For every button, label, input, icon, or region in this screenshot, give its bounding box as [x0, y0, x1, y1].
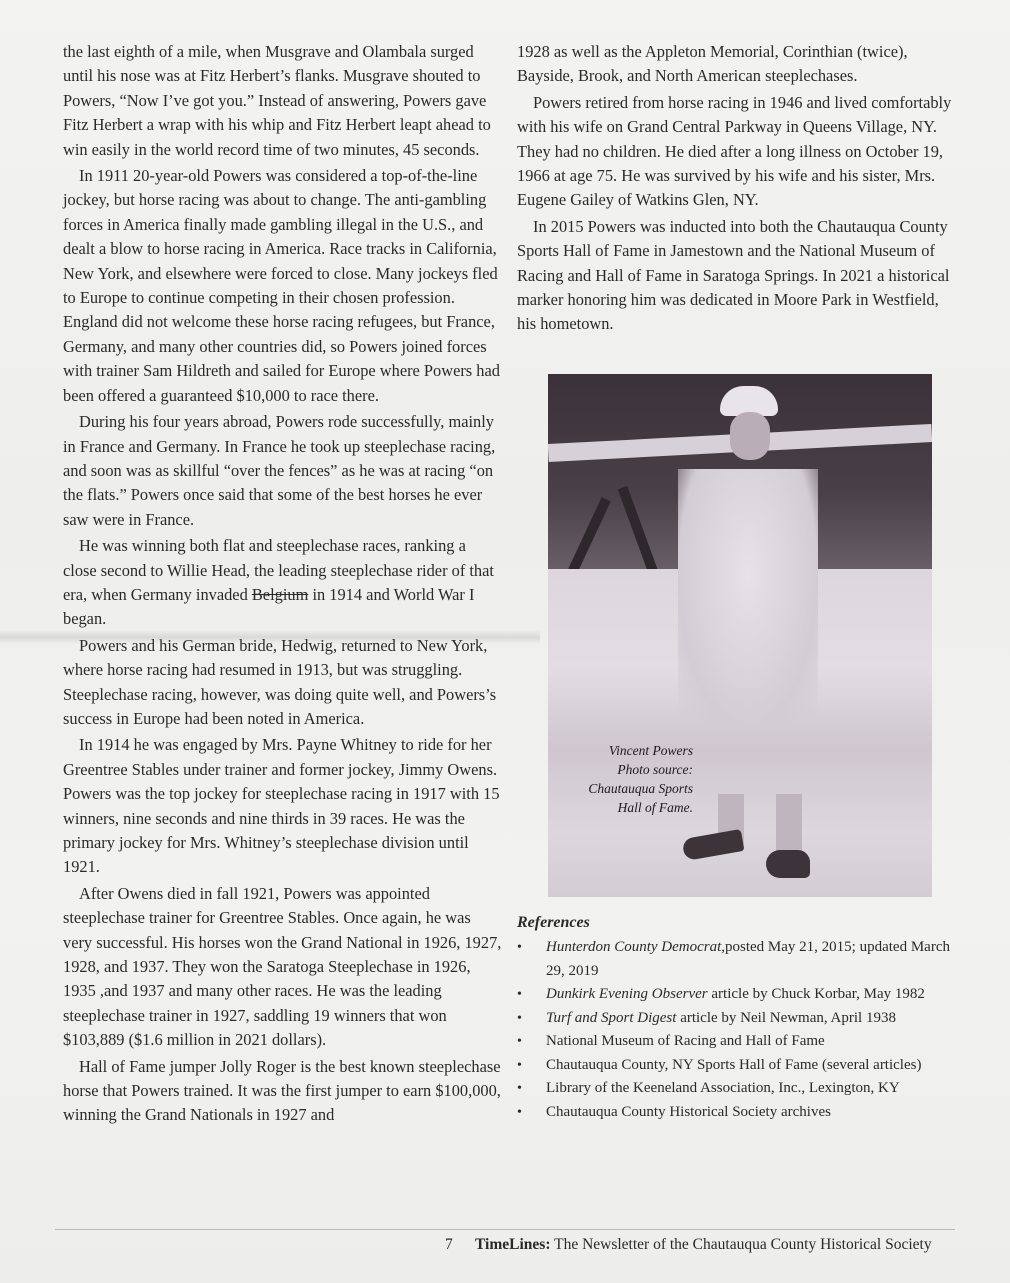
- photo-caption: Vincent Powers Photo source: Chautauqua …: [568, 741, 693, 817]
- references-heading: References: [517, 914, 967, 932]
- reference-item: •Hunterdon County Democrat,posted May 21…: [517, 936, 967, 983]
- vincent-powers-photo: Vincent Powers Photo source: Chautauqua …: [548, 374, 932, 897]
- caption-line: Hall of Fame.: [568, 798, 693, 817]
- bullet-icon: •: [517, 1054, 522, 1078]
- photo-jockey-face: [730, 412, 770, 460]
- references-section: References •Hunterdon County Democrat,po…: [517, 914, 967, 1124]
- bullet-icon: •: [517, 1007, 522, 1031]
- paragraph-abroad: During his four years abroad, Powers rod…: [63, 410, 503, 532]
- paragraph-winning: He was winning both flat and steeplechas…: [63, 534, 503, 632]
- paragraph-1911: In 1911 20-year-old Powers was considere…: [63, 164, 503, 408]
- bullet-icon: •: [517, 1030, 522, 1054]
- caption-line: Photo source:: [568, 760, 693, 779]
- bullet-icon: •: [517, 1101, 522, 1125]
- paragraph-trainer: After Owens died in fall 1921, Powers wa…: [63, 882, 503, 1053]
- reference-item: •Dunkirk Evening Observer article by Chu…: [517, 983, 967, 1007]
- publication-name: TimeLines:: [475, 1236, 551, 1253]
- reference-item: •National Museum of Racing and Hall of F…: [517, 1030, 967, 1054]
- bullet-icon: •: [517, 936, 522, 960]
- photo-shoe: [766, 850, 810, 878]
- right-column: 1928 as well as the Appleton Memorial, C…: [517, 40, 959, 337]
- newsletter-page: the last eighth of a mile, when Musgrave…: [0, 0, 1010, 1283]
- reference-item: •Chautauqua County, NY Sports Hall of Fa…: [517, 1054, 967, 1078]
- page-footer: 7TimeLines: The Newsletter of the Chauta…: [445, 1236, 965, 1254]
- references-list: •Hunterdon County Democrat,posted May 21…: [517, 936, 967, 1124]
- paragraph-return: Powers and his German bride, Hedwig, ret…: [63, 634, 503, 732]
- photo-jockey-figure: [678, 469, 818, 729]
- reference-item: •Library of the Keeneland Association, I…: [517, 1077, 967, 1101]
- reference-item: •Turf and Sport Digest article by Neil N…: [517, 1007, 967, 1031]
- paragraph-continued: the last eighth of a mile, when Musgrave…: [63, 40, 503, 162]
- paragraph-retired: Powers retired from horse racing in 1946…: [517, 91, 959, 213]
- caption-line: Vincent Powers: [568, 741, 693, 760]
- paragraph-hall-of-fame: In 2015 Powers was inducted into both th…: [517, 215, 959, 337]
- photo-leg: [776, 794, 802, 856]
- paragraph-jolly-roger: Hall of Fame jumper Jolly Roger is the b…: [63, 1055, 503, 1128]
- reference-item: •Chautauqua County Historical Society ar…: [517, 1101, 967, 1125]
- bullet-icon: •: [517, 983, 522, 1007]
- struck-word: Belgium: [252, 585, 308, 604]
- left-column: the last eighth of a mile, when Musgrave…: [63, 40, 503, 1128]
- paragraph-1928: 1928 as well as the Appleton Memorial, C…: [517, 40, 959, 89]
- publication-subtitle: The Newsletter of the Chautauqua County …: [551, 1236, 932, 1253]
- page-number: 7: [445, 1236, 475, 1254]
- bullet-icon: •: [517, 1077, 522, 1101]
- paragraph-1914: In 1914 he was engaged by Mrs. Payne Whi…: [63, 733, 503, 879]
- caption-line: Chautauqua Sports: [568, 779, 693, 798]
- footer-divider: [55, 1229, 955, 1230]
